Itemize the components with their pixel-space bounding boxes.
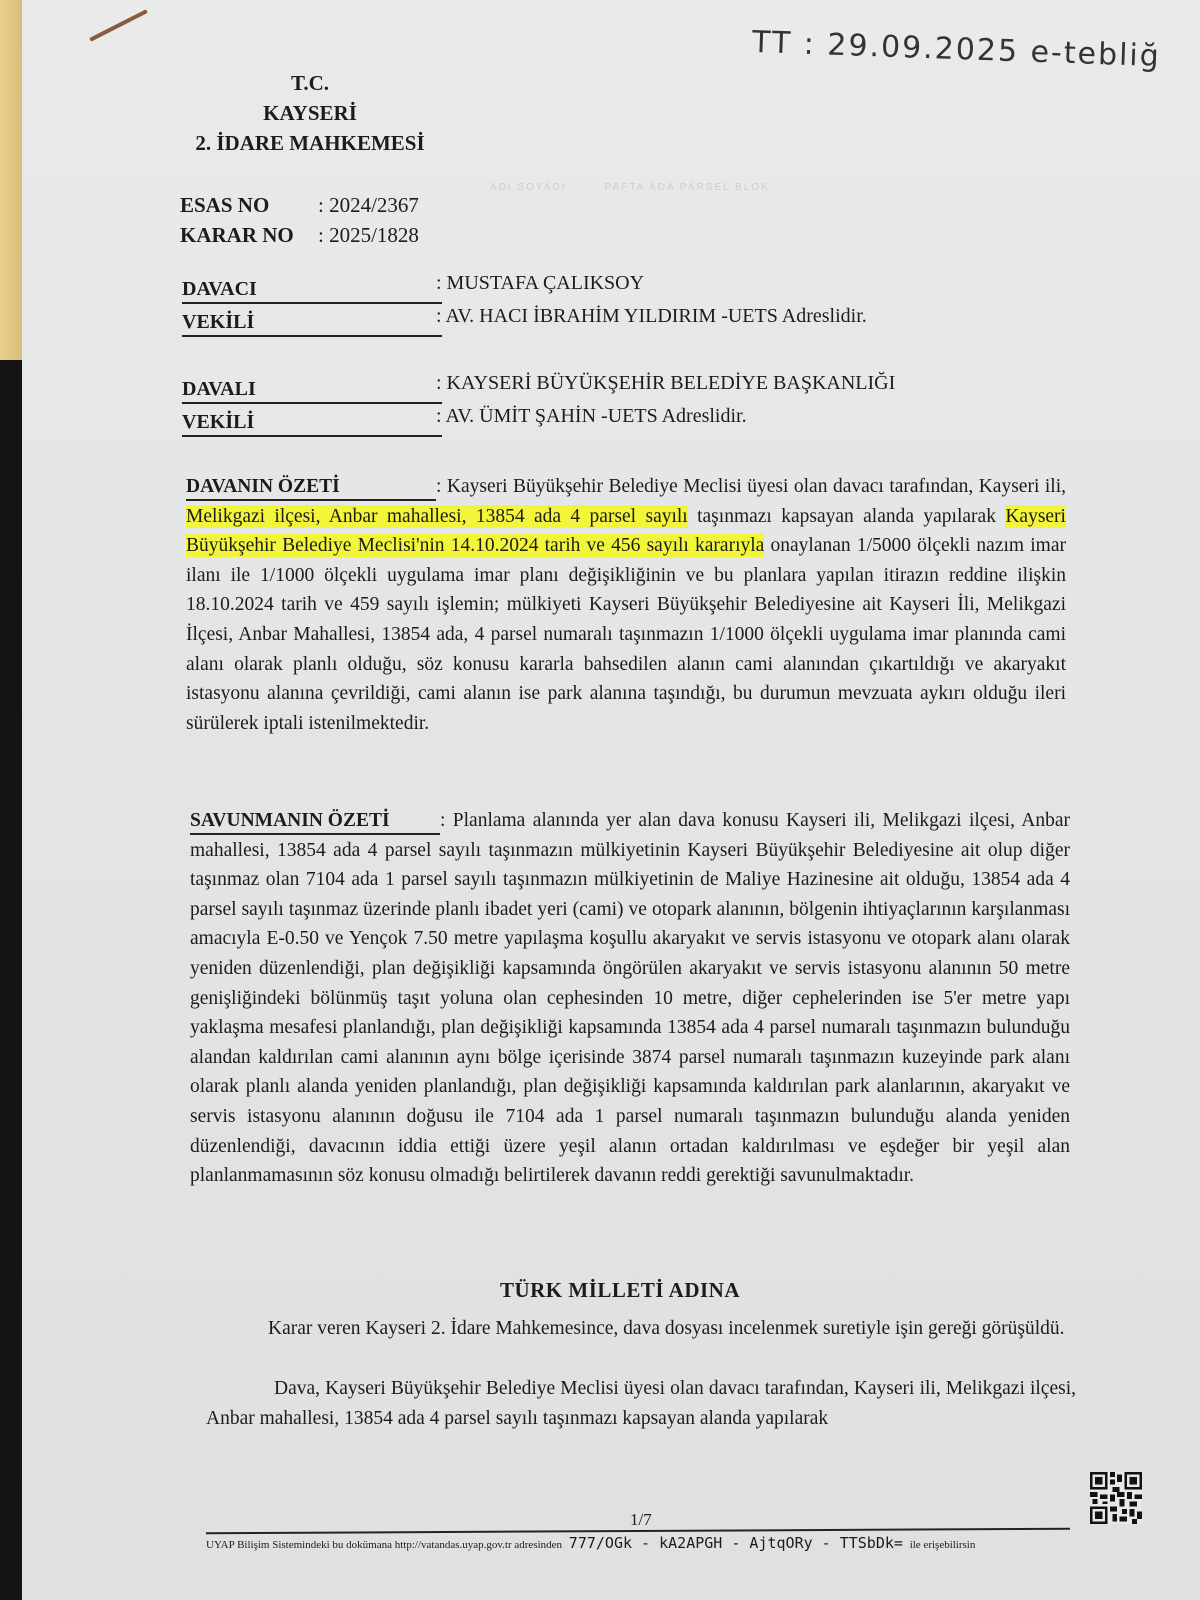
header-line-court: 2. İDARE MAHKEMESİ	[180, 128, 440, 158]
footer-prefix: UYAP Bilişim Sistemindeki bu dokümana ht…	[206, 1539, 562, 1551]
bleed-through-text: ADI SOYADI PAFTA ADA PARSEL BLOK	[490, 182, 770, 193]
folder-edge	[0, 0, 22, 360]
highlighted-text: Melikgazi ilçesi, Anbar mahallesi, 13854…	[186, 505, 688, 528]
defendant-name: : KAYSERİ BÜYÜKŞEHİR BELEDİYE BAŞKANLIĞI	[436, 372, 895, 395]
defense-summary-label: SAVUNMANIN ÖZETİ	[190, 809, 440, 835]
staple-mark	[89, 9, 148, 42]
plaintiff-attorney-label: VEKİLİ	[182, 311, 442, 337]
claim-text-3: onaylanan 1/5000 ölçekli nazım imar ilan…	[186, 535, 1066, 734]
verification-code: 777/OGk - kA2APGH - AjtqORy - TTSbDk=	[569, 1534, 903, 1552]
esas-value: : 2024/2367	[318, 190, 419, 220]
qr-code-icon	[1090, 1472, 1142, 1524]
karar-value: : 2025/1828	[318, 220, 419, 250]
header-line-tc: T.C.	[180, 68, 440, 98]
plaintiff-label: DAVACI	[182, 278, 442, 304]
verdict-paragraph-2: Dava, Kayseri Büyükşehir Belediye Meclis…	[206, 1374, 1076, 1434]
defendant-attorney: : AV. ÜMİT ŞAHİN -UETS Adreslidir.	[436, 405, 747, 428]
claim-text-1: : Kayseri Büyükşehir Belediye Meclisi üy…	[436, 476, 1066, 497]
footer-suffix: ile erişebilirsin	[910, 1539, 976, 1551]
page-number: 1/7	[630, 1510, 652, 1530]
court-header: T.C. KAYSERİ 2. İDARE MAHKEMESİ	[180, 68, 440, 158]
defense-summary: SAVUNMANIN ÖZETİ: Planlama alanında yer …	[190, 806, 1070, 1191]
verdict-paragraph-1: Karar veren Kayseri 2. İdare Mahkemesinc…	[200, 1314, 1070, 1344]
defendant-attorney-label: VEKİLİ	[182, 411, 442, 437]
defense-text: : Planlama alanında yer alan dava konusu…	[190, 810, 1070, 1186]
header-line-city: KAYSERİ	[180, 98, 440, 128]
claim-summary-label: DAVANIN ÖZETİ	[186, 475, 436, 501]
plaintiff-name: : MUSTAFA ÇALIKSOY	[436, 272, 644, 295]
uyap-footer: UYAP Bilişim Sistemindeki bu dokümana ht…	[206, 1534, 975, 1552]
verdict-title: TÜRK MİLLETİ ADINA	[180, 1278, 1060, 1303]
claim-text-2: taşınmazı kapsayan alanda yapılarak	[688, 506, 1006, 527]
plaintiff-attorney: : AV. HACI İBRAHİM YILDIRIM -UETS Adresl…	[436, 305, 867, 328]
case-numbers: ESAS NO: 2024/2367 KARAR NO: 2025/1828	[180, 190, 419, 250]
karar-label: KARAR NO	[180, 220, 318, 250]
defendant-label: DAVALI	[182, 378, 442, 404]
esas-label: ESAS NO	[180, 190, 318, 220]
claim-summary: DAVANIN ÖZETİ: Kayseri Büyükşehir Beledi…	[186, 472, 1066, 738]
